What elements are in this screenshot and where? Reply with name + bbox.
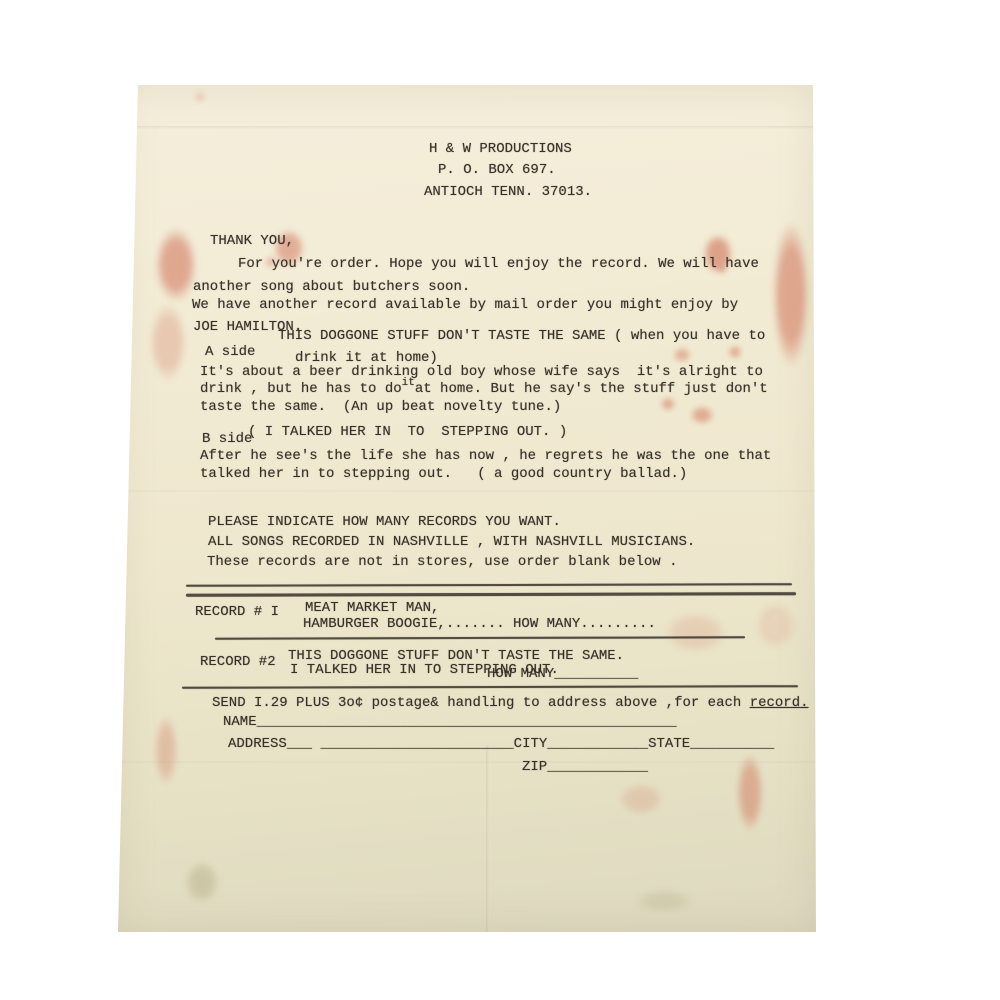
city-label: CITY: [514, 736, 548, 752]
name-field: NAME____________________________________…: [223, 714, 677, 731]
record-1-label: RECORD # I: [195, 604, 279, 621]
stain: [194, 91, 206, 103]
divider-rule-1: [215, 636, 745, 639]
notice-line-3: These records are not in stores, use ord…: [207, 554, 677, 571]
thank-you-line: THANK YOU,: [210, 233, 294, 250]
send-instruction-line: SEND I.29 PLUS 3o¢ postage& handling to …: [212, 695, 809, 712]
zip-label: ZIP: [522, 759, 547, 775]
city-blank: ____________: [547, 736, 648, 752]
stain: [748, 593, 803, 658]
fold-crease-vertical: [486, 745, 490, 932]
state-label: STATE: [648, 736, 690, 752]
divider-rule-2: [182, 685, 798, 689]
header-line-1: H & W PRODUCTIONS: [429, 141, 572, 158]
b-side-desc-2: talked her in to stepping out. ( a good …: [200, 466, 687, 483]
zip-blank: ____________: [547, 759, 648, 775]
record-2-label: RECORD #2: [200, 654, 276, 671]
a-side-label: A side: [205, 344, 255, 361]
state-blank: __________: [690, 736, 774, 752]
address-city-state-row: ADDRESS___ _______________________CITY__…: [228, 736, 774, 753]
a-side-desc-1: It's about a beer drinking old boy whose…: [200, 364, 763, 381]
name-blank: ________________________________________…: [257, 714, 677, 730]
address-blank-long: _______________________: [320, 736, 513, 752]
header-line-3: ANTIOCH TENN. 37013.: [424, 184, 592, 201]
stain: [653, 605, 738, 660]
a-side-title-1: THIS DOGGONE STUFF DON'T TASTE THE SAME …: [278, 328, 765, 345]
record-2-how-many-field: HOW MANY__________: [487, 666, 638, 683]
stain: [623, 885, 705, 917]
inserted-word: it: [402, 377, 415, 389]
intro-line-1: For you're order. Hope you will enjoy th…: [238, 256, 759, 273]
record-1-song-2-how-many: HAMBURGER BOOGIE,....... HOW MANY.......…: [303, 616, 656, 633]
send-instruction-text: SEND I.29 PLUS 3o¢ postage& handling to …: [212, 695, 750, 711]
header-line-2: P. O. BOX 697.: [438, 162, 556, 179]
name-label: NAME: [223, 714, 257, 730]
b-side-desc-1: After he see's the life she has now , he…: [200, 448, 771, 465]
intro-line-3: We have another record available by mail…: [192, 297, 738, 314]
how-many-blank: __________: [554, 666, 638, 682]
stain: [766, 197, 816, 392]
send-instruction-underlined: record.: [750, 695, 809, 711]
divider-double-rule-top: [186, 583, 792, 587]
stain: [732, 740, 768, 845]
zip-field: ZIP____________: [522, 759, 648, 776]
b-side-label: B side: [202, 431, 252, 448]
address-label: ADDRESS: [228, 736, 287, 752]
scanned-letter: H & W PRODUCTIONS P. O. BOX 697. ANTIOCH…: [118, 85, 816, 932]
stain: [143, 290, 193, 395]
a-side-desc-2-post: at home. But he say's the stuff just don…: [415, 381, 768, 397]
a-side-desc-3: taste the same. (An up beat novelty tune…: [200, 399, 561, 416]
fold-crease-middle: [118, 490, 816, 494]
intro-line-2: another song about butchers soon.: [193, 279, 470, 296]
fold-crease-bottom: [118, 761, 816, 765]
stain: [686, 403, 718, 427]
a-side-desc-2-pre: drink , but he has to do: [200, 381, 402, 397]
record-1-song-1: MEAT MARKET MAN,: [305, 600, 439, 617]
stain: [670, 345, 694, 365]
stain: [726, 343, 744, 361]
notice-line-1: PLEASE INDICATE HOW MANY RECORDS YOU WAN…: [208, 514, 561, 531]
how-many-label: HOW MANY: [487, 666, 554, 682]
stain: [610, 777, 672, 821]
address-blank-short: ___: [287, 736, 312, 752]
stain: [150, 703, 182, 798]
notice-line-2: ALL SONGS RECORDED IN NASHVILLE , WITH N…: [208, 534, 695, 551]
stain: [178, 853, 226, 911]
b-side-title: ( I TALKED HER IN TO STEPPING OUT. ): [248, 424, 567, 441]
divider-double-rule-bottom: [186, 592, 796, 597]
a-side-desc-2: drink , but he has to doitat home. But h…: [200, 381, 768, 399]
fold-crease-top: [118, 126, 816, 130]
